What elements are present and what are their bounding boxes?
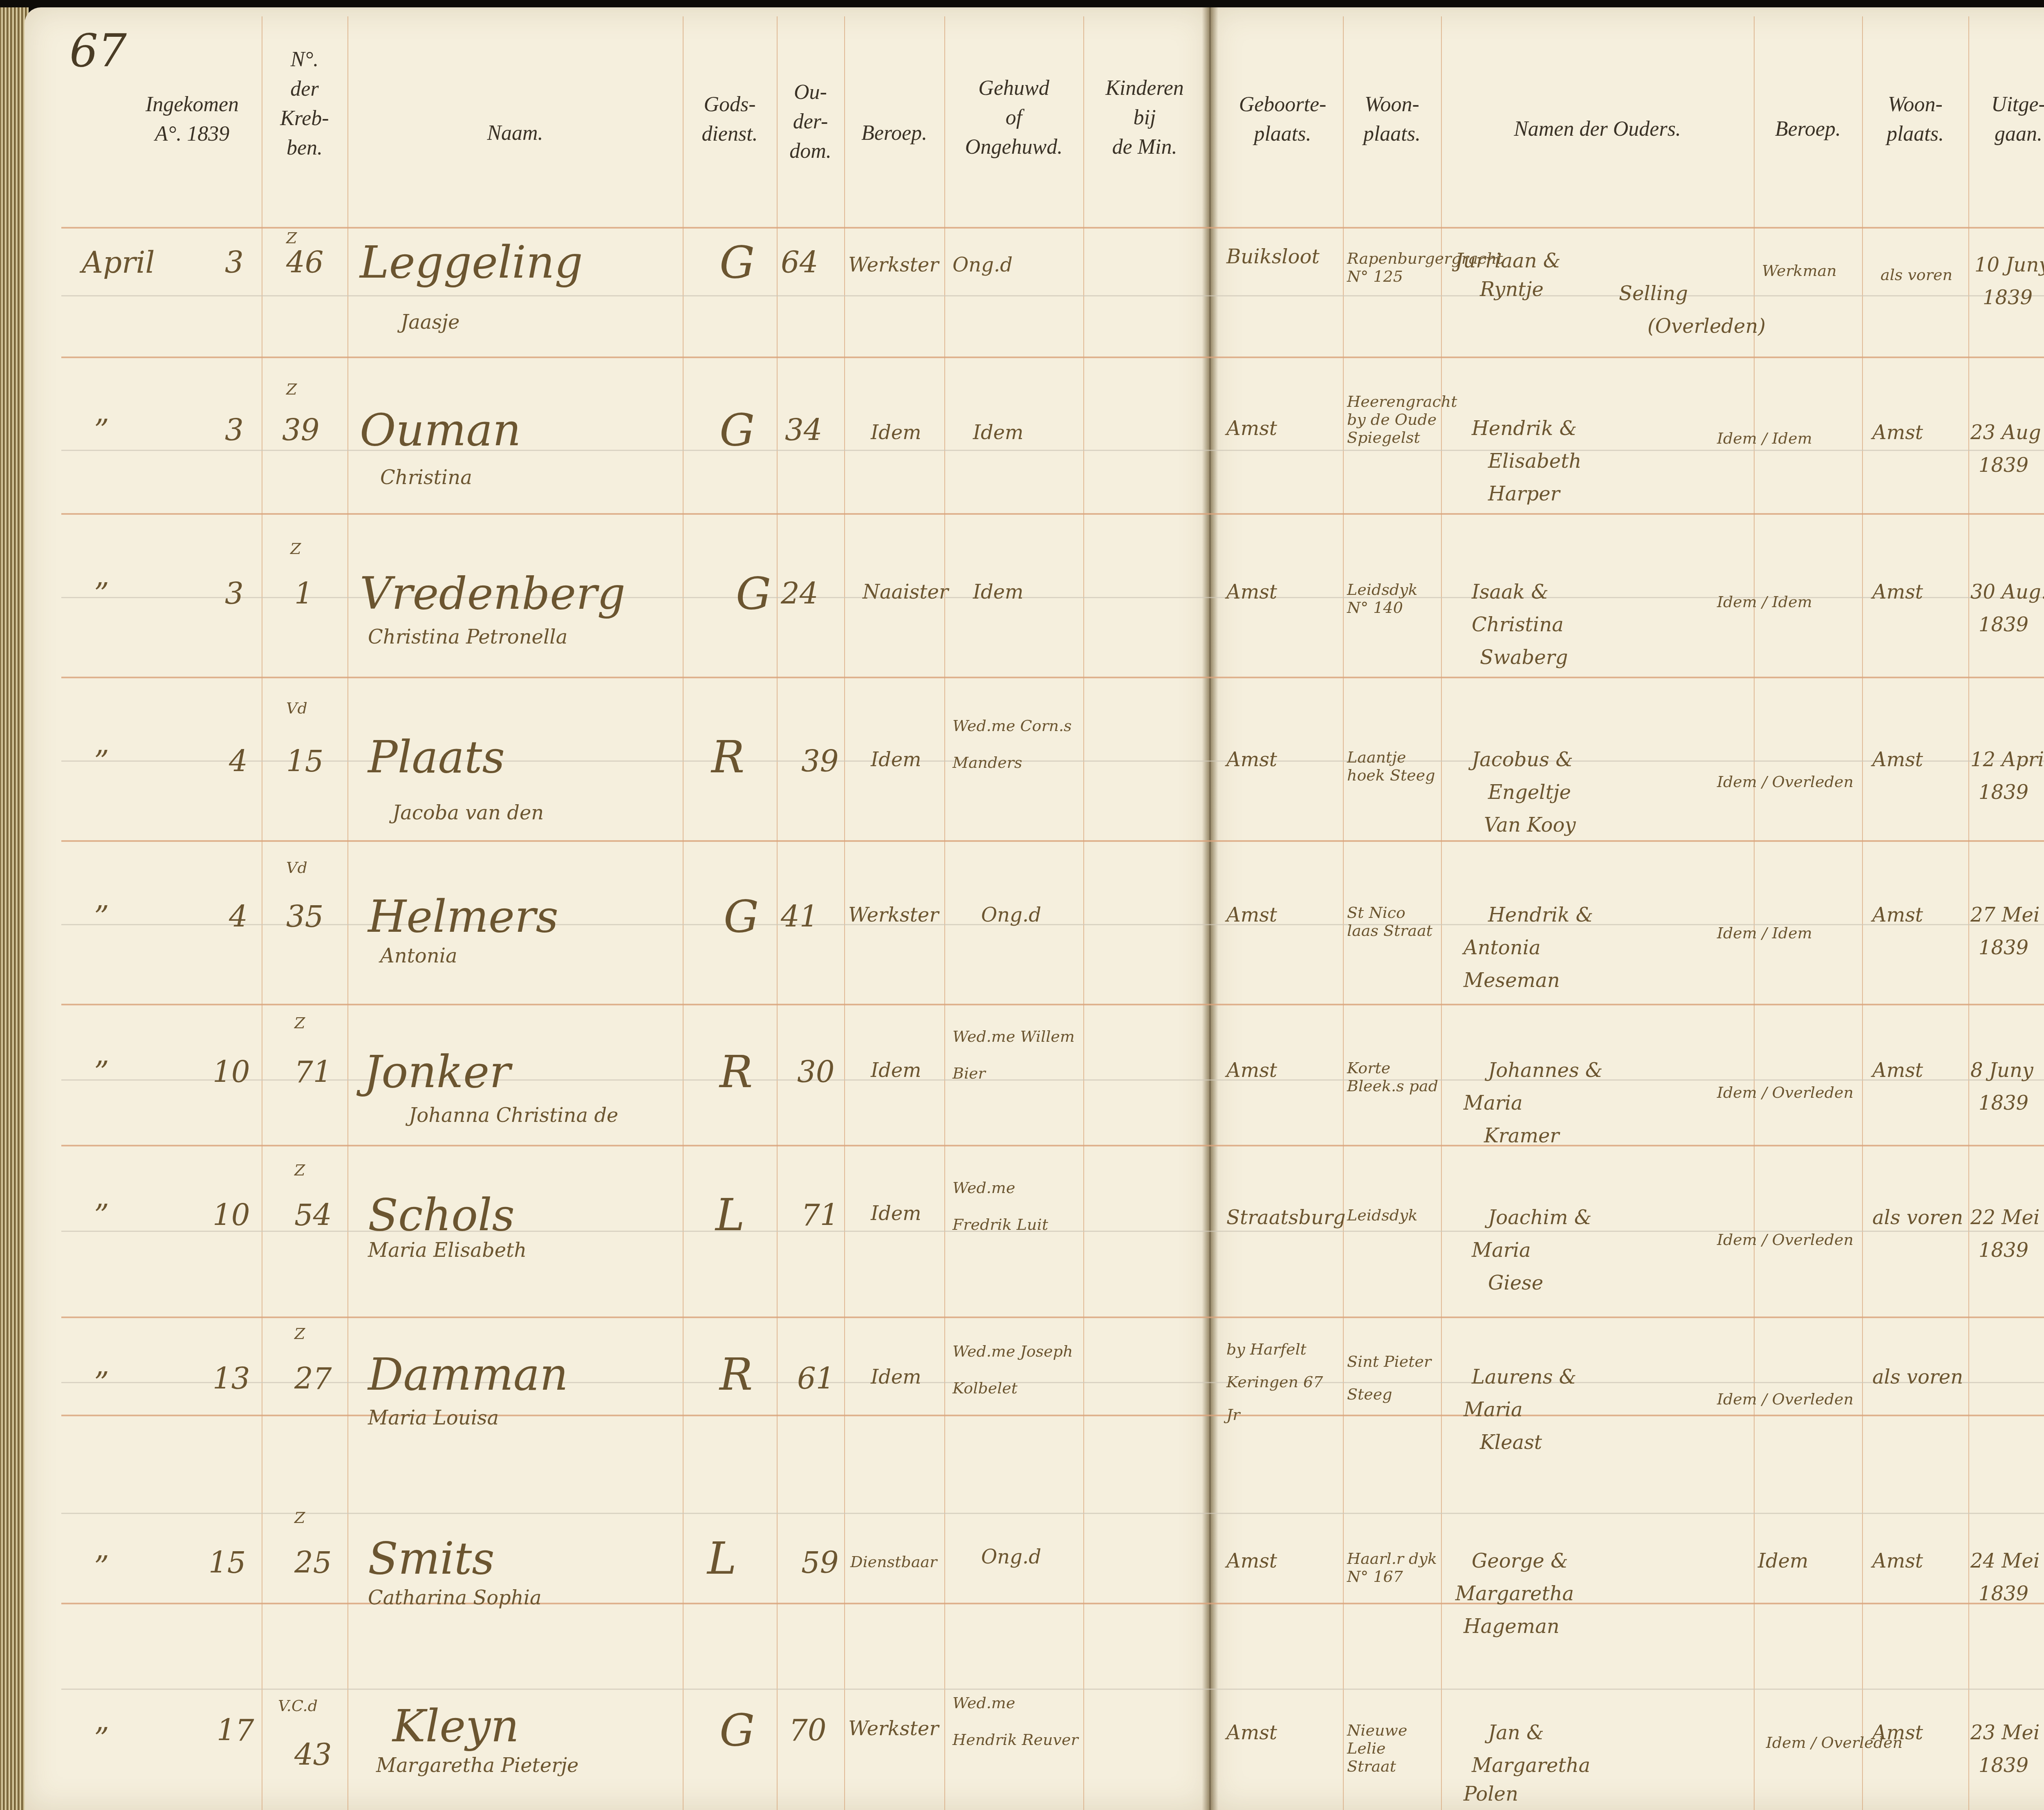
marital-status: Wed.me Fredrik Luit [953,1169,1079,1243]
parent-father: Johannes & [1488,1059,1603,1082]
parent-residence: als voren [1880,266,1952,284]
header-nummer: N°.derKreb-ben. [262,45,347,163]
occupation: Naaister [863,581,948,603]
parent-occupation: Idem / Idem [1717,429,1812,447]
parent-occupation: Idem / Overleden [1717,1083,1853,1101]
parent-mother: Maria [1464,1092,1523,1115]
surname: Plaats [368,732,505,783]
religion: L [715,1190,745,1241]
header-geboorteplaats: Geboorte-plaats. [1222,90,1343,149]
admission-day: 17 [217,1713,254,1747]
discharge-year: 1839 [1979,1582,2028,1605]
discharge-date: 24 Mei [1970,1550,2040,1572]
crib-number: 46 [286,245,324,280]
occupation: Idem [871,1059,921,1082]
header-kinderen: Kinderenbijde Min. [1083,74,1206,162]
crib-mark: Z [290,540,301,558]
birthplace: Amst [1226,748,1277,771]
residence: Rapenburgergracht N° 125 [1347,249,1439,285]
header-beroep: Beroep. [844,119,944,148]
parent-residence: Amst [1872,748,1923,771]
marital-status: Wed.me Corn.s Manders [953,707,1079,781]
surname: Vredenberg [360,568,625,619]
parent-father: Jan & [1488,1721,1544,1744]
residence: Leidsdyk N° 140 [1347,581,1439,617]
parent-surname: Van Kooy [1484,814,1576,837]
religion: G [724,891,759,942]
header-woonplaats-ouders: Woon-plaats. [1862,90,1968,149]
parent-surname: Swaberg [1480,646,1568,669]
parent-father: Joachim & [1488,1206,1591,1229]
parent-surname: Kleast [1480,1431,1542,1454]
crib-number: 71 [294,1055,332,1089]
crib-mark: Z [294,1509,305,1527]
admission-day: 15 [208,1545,246,1580]
parent-occupation: Werkman [1762,262,1837,280]
crib-number: 39 [282,413,320,447]
crib-mark: V.C.d [278,1697,318,1715]
discharge-year: 1839 [1983,286,2033,309]
surname: Smits [368,1533,495,1584]
age: 61 [797,1361,835,1396]
parent-father: Hendrik & [1488,904,1593,926]
header-ouderdom: Ou-der-dom. [777,78,844,166]
religion: G [719,1705,755,1756]
parent-residence: Amst [1872,1721,1923,1744]
crib-number: 27 [294,1361,332,1396]
crib-number: 15 [286,744,324,778]
parent-father: Jurriaan & [1455,249,1561,272]
admission-day: 3 [225,413,244,447]
parent-mother: Elisabeth [1488,450,1581,473]
marital-status: Idem [973,581,1024,603]
surname: Ouman [360,405,521,456]
parent-occupation: Idem [1758,1550,1809,1572]
marital-status: Ong.d [953,253,1013,276]
admission-day: 4 [229,744,248,778]
surname: Jonker [364,1047,511,1098]
religion: G [719,405,755,456]
book-gutter [1202,7,1218,1810]
parent-mother: Christina [1472,613,1564,636]
parent-mother: Engeltje [1488,781,1571,804]
residence: Laantje hoek Steeg [1347,748,1439,784]
parent-residence: Amst [1872,1550,1923,1572]
marital-status: Ong.d [981,1545,1041,1568]
crib-number: 54 [294,1198,332,1232]
given-names: Catharina Sophia [368,1586,542,1609]
given-names: Maria Louisa [368,1406,499,1429]
parent-occupation: Idem / Overleden [1717,1231,1853,1249]
age: 70 [789,1713,827,1747]
parent-father: Laurens & [1472,1366,1576,1388]
age: 34 [785,413,823,447]
residence: Leidsdyk [1347,1206,1439,1224]
parent-mother: Antonia [1464,936,1541,959]
religion: R [719,1349,753,1400]
marital-status: Wed.me Willem Bier [953,1018,1079,1092]
birthplace: Amst [1226,581,1277,603]
age: 24 [781,576,818,611]
occupation: Werkster [848,253,942,276]
residence: St Nico laas Straat [1347,904,1439,940]
admission-month: ” [94,1055,109,1089]
header-gehuwd: GehuwdofOngehuwd. [944,74,1083,162]
discharge-date: 23 Aug [1970,421,2041,444]
admission-month: ” [94,1721,109,1756]
admission-day: 4 [229,899,248,934]
admission-month: ” [94,1198,109,1232]
residence: Sint Pieter Steeg [1347,1345,1439,1411]
parent-residence: Amst [1872,1059,1923,1082]
header-godsdienst: Gods-dienst. [683,90,777,149]
admission-month: April [82,245,155,280]
discharge-year: 1839 [1979,1092,2028,1115]
parent-father: George & [1472,1550,1568,1572]
discharge-date: 30 Aug. [1970,581,2044,603]
birthplace: Buiksloot [1226,245,1341,268]
parent-surname: Giese [1488,1272,1543,1294]
discharge-year: 1839 [1979,781,2028,804]
parent-residence: Amst [1872,904,1923,926]
admission-day: 13 [213,1361,250,1396]
admission-day: 10 [213,1055,250,1089]
birthplace: Amst [1226,1721,1277,1744]
age: 64 [781,245,818,280]
header-beroep-ouders: Beroep. [1754,114,1862,144]
discharge-date: 27 Mei [1970,904,2040,926]
parent-surname: Harper [1488,482,1560,505]
parent-surname: Hageman [1464,1615,1560,1638]
parent-father: Hendrik & [1472,417,1577,440]
crib-number: 35 [286,899,324,934]
residence: Nieuwe Lelie Straat [1347,1721,1439,1775]
residence: Korte Bleek.s pad [1347,1059,1439,1095]
given-names: Antonia [380,944,457,967]
admission-month: ” [94,899,109,934]
discharge-year: 1839 [1979,1239,2028,1262]
parent-residence: Amst [1872,581,1923,603]
crib-number: 43 [294,1738,332,1772]
parent-mother: Margaretha [1455,1582,1574,1605]
admission-day: 3 [225,576,244,611]
birthplace: Amst [1226,904,1277,926]
crib-mark: Vd [286,859,307,877]
discharge-year: 1839 [1979,1754,2028,1777]
religion: L [707,1533,737,1584]
parent-occupation: Idem / Overleden [1717,1390,1853,1408]
given-names: Margaretha Pieterje [376,1754,578,1777]
surname: Damman [368,1349,568,1400]
given-names: Maria Elisabeth [368,1239,527,1262]
parent-father: Jacobus & [1472,748,1573,771]
parent-surname: Meseman [1464,969,1560,992]
surname: Kleyn [392,1701,519,1752]
admission-day: 10 [213,1198,250,1232]
header-namen-ouders: Namen der Ouders. [1441,114,1754,144]
parent-residence: als voren [1872,1366,1963,1388]
header-uitgegaan: Uitge-gaan. [1968,90,2044,149]
religion: G [719,237,755,288]
parent-surname: Selling [1619,282,1688,305]
crib-mark: Z [294,1014,305,1032]
birthplace: Amst [1226,417,1277,440]
crib-number: 1 [294,576,313,611]
marital-status: Idem [973,421,1024,444]
occupation: Idem [871,421,921,444]
admission-month: ” [94,744,109,778]
occupation: Werkster [848,1717,942,1740]
discharge-year: 1839 [1979,454,2028,477]
discharge-date: 22 Mei [1970,1206,2040,1229]
crib-mark: Z [294,1325,305,1343]
age: 59 [801,1545,839,1580]
parent-surname: Kramer [1484,1124,1559,1147]
occupation: Idem [871,1366,921,1388]
given-names: Christina [380,466,472,489]
admission-month: ” [94,1366,109,1400]
residence: Haarl.r dyk N° 167 [1347,1550,1439,1586]
birthplace: Amst [1226,1059,1277,1082]
marital-status: Ong.d [981,904,1041,926]
religion: R [719,1047,753,1098]
birthplace: Amst [1226,1550,1277,1572]
ledger-spread: 67 117 IngekomenA°. 1839 N°.derKreb-ben.… [0,0,2044,1810]
given-names: Christina Petronella [368,626,567,648]
parent-mother: Ryntje [1480,278,1544,301]
parent-note: (Overleden) [1647,315,1766,338]
marital-status: Wed.me Hendrik Reuver [953,1684,1079,1758]
admission-month: ” [94,576,109,611]
parent-mother: Maria [1472,1239,1531,1262]
header-naam: Naam. [347,119,683,148]
age: 39 [801,744,839,778]
parent-occupation: Idem / Idem [1717,924,1812,942]
parent-residence: als voren [1872,1206,1963,1229]
given-names: Jaasje [401,311,459,334]
discharge-date: 8 Juny [1970,1059,2033,1082]
page-number-left: 67 [69,25,127,77]
parent-surname: Polen [1464,1783,1518,1806]
discharge-date: 23 Mei [1970,1721,2040,1744]
age: 71 [801,1198,839,1232]
occupation: Idem [871,1202,921,1225]
discharge-year: 1839 [1979,613,2028,636]
birthplace: Straatsburg [1226,1206,1341,1229]
crib-mark: Vd [286,699,307,717]
crib-mark: Z [286,380,297,398]
religion: G [736,568,771,619]
admission-month: ” [94,1550,109,1584]
discharge-year: 1839 [1979,936,2028,959]
marital-status: Wed.me Joseph Kolbelet [953,1333,1079,1406]
age: 41 [781,899,818,934]
surname: Helmers [368,891,558,942]
discharge-date: 10 Juny [1975,253,2044,276]
birthplace: by Harfelt Keringen 67 Jr [1226,1333,1341,1431]
parent-mother: Margaretha [1472,1754,1590,1777]
crib-mark: Z [286,229,297,247]
crib-number: 25 [294,1545,332,1580]
header-woonplaats: Woon-plaats. [1343,90,1441,149]
age: 30 [797,1055,835,1089]
parent-occupation: Idem / Idem [1717,593,1812,611]
occupation: Dienstbaar [850,1545,940,1578]
religion: R [711,732,744,783]
occupation: Idem [871,748,921,771]
admission-day: 3 [225,245,244,280]
residence: Heerengracht by de Oude Spiegelst [1347,393,1439,446]
parent-occupation: Idem / Overleden [1717,773,1853,791]
discharge-date: 12 April [1970,748,2044,771]
crib-mark: Z [294,1161,305,1179]
surname: Leggeling [360,237,583,288]
given-names: Johanna Christina de [409,1104,695,1127]
parent-father: Isaak & [1472,581,1549,603]
given-names: Jacoba van den [392,801,544,824]
parent-residence: Amst [1872,421,1923,444]
occupation: Werkster [848,904,942,926]
admission-month: ” [94,413,109,447]
header-ingekomen: IngekomenA°. 1839 [123,90,262,149]
surname: Schols [368,1190,515,1241]
parent-mother: Maria [1464,1398,1523,1421]
